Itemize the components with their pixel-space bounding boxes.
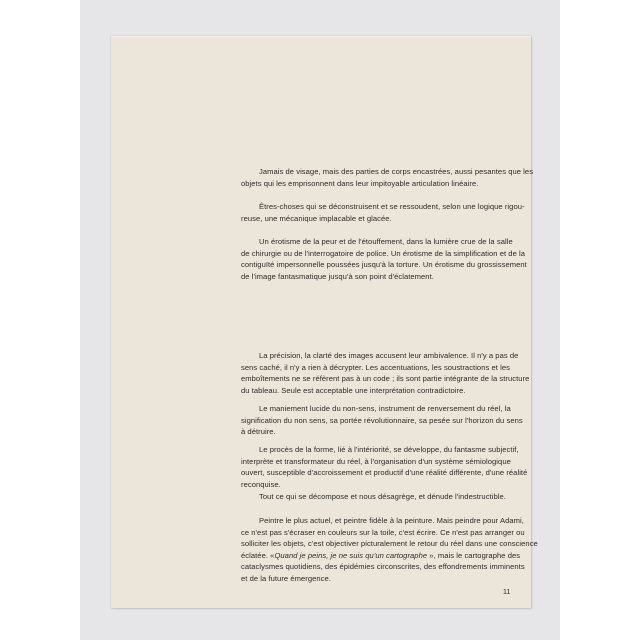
- text-line: Un érotisme de la peur et de l'étouffeme…: [241, 236, 509, 248]
- paragraph-8: Peintre le plus actuel, et peintre fidèl…: [241, 515, 509, 584]
- italic-quote: Quand je peins, je ne suis qu'un cartogr…: [274, 551, 427, 560]
- paragraph-3: Un érotisme de la peur et de l'étouffeme…: [241, 236, 509, 282]
- text-line: Tout ce qui se décompose et nous désagrè…: [241, 491, 509, 503]
- text-line: reuse, une mécanique implacable et glacé…: [241, 213, 509, 225]
- text-line: Le procès de la forme, lié à l'intériori…: [241, 444, 509, 456]
- text-line: de chirurgie ou de l'interrogatoire de p…: [241, 248, 509, 260]
- text-fragment: éclatée. «: [241, 551, 274, 560]
- paragraph-4: La précision, la clarté des images accus…: [241, 350, 509, 396]
- text-line: emboîtements ne se réfèrent pas à un cod…: [241, 373, 509, 385]
- text-line: Peintre le plus actuel, et peintre fidèl…: [241, 515, 509, 527]
- text-line: ce n'est pas s'écraser en couleurs sur l…: [241, 527, 509, 539]
- text-fragment: », mais le cartographe des: [429, 551, 520, 560]
- text-line: ouvert, susceptible d'accroissement et p…: [241, 467, 509, 479]
- text-line-with-quote: éclatée. «Quand je peins, je ne suis qu'…: [241, 550, 509, 562]
- text-line: Jamais de visage, mais des parties de co…: [241, 166, 509, 178]
- text-line: contiguïté impersonnelle poussées jusqu'…: [241, 259, 509, 271]
- text-line: du tableau. Seule est acceptable une int…: [241, 385, 509, 397]
- text-line: interprète et transformateur du réel, à …: [241, 456, 509, 468]
- paragraph-5: Le maniement lucide du non-sens, instrum…: [241, 403, 509, 438]
- text-line: à détruire.: [241, 426, 509, 438]
- paragraph-6: Le procès de la forme, lié à l'intériori…: [241, 444, 509, 490]
- paragraph-2: Êtres-choses qui se déconstruisent et se…: [241, 201, 509, 224]
- text-line: et de la future émergence.: [241, 573, 509, 585]
- text-line: Êtres-choses qui se déconstruisent et se…: [241, 201, 509, 213]
- page-number: 11: [503, 589, 510, 596]
- text-line: objets qui les emprisonnent dans leur im…: [241, 178, 509, 190]
- paragraph-1: Jamais de visage, mais des parties de co…: [241, 166, 509, 189]
- paragraph-7: Tout ce qui se décompose et nous désagrè…: [241, 491, 509, 503]
- text-line: de l'image fantasmatique jusqu'à son poi…: [241, 271, 509, 283]
- text-line: signification du non sens, sa portée rév…: [241, 415, 509, 427]
- text-line: La précision, la clarté des images accus…: [241, 350, 509, 362]
- text-line: sens caché, il n'y a rien à décrypter. L…: [241, 362, 509, 374]
- text-line: Le maniement lucide du non-sens, instrum…: [241, 403, 509, 415]
- text-line: solliciter les objets, c'est objectiver …: [241, 538, 509, 550]
- text-line: cataclysmes quotidiens, des épidémies ci…: [241, 561, 509, 573]
- text-line: reconquise.: [241, 479, 509, 491]
